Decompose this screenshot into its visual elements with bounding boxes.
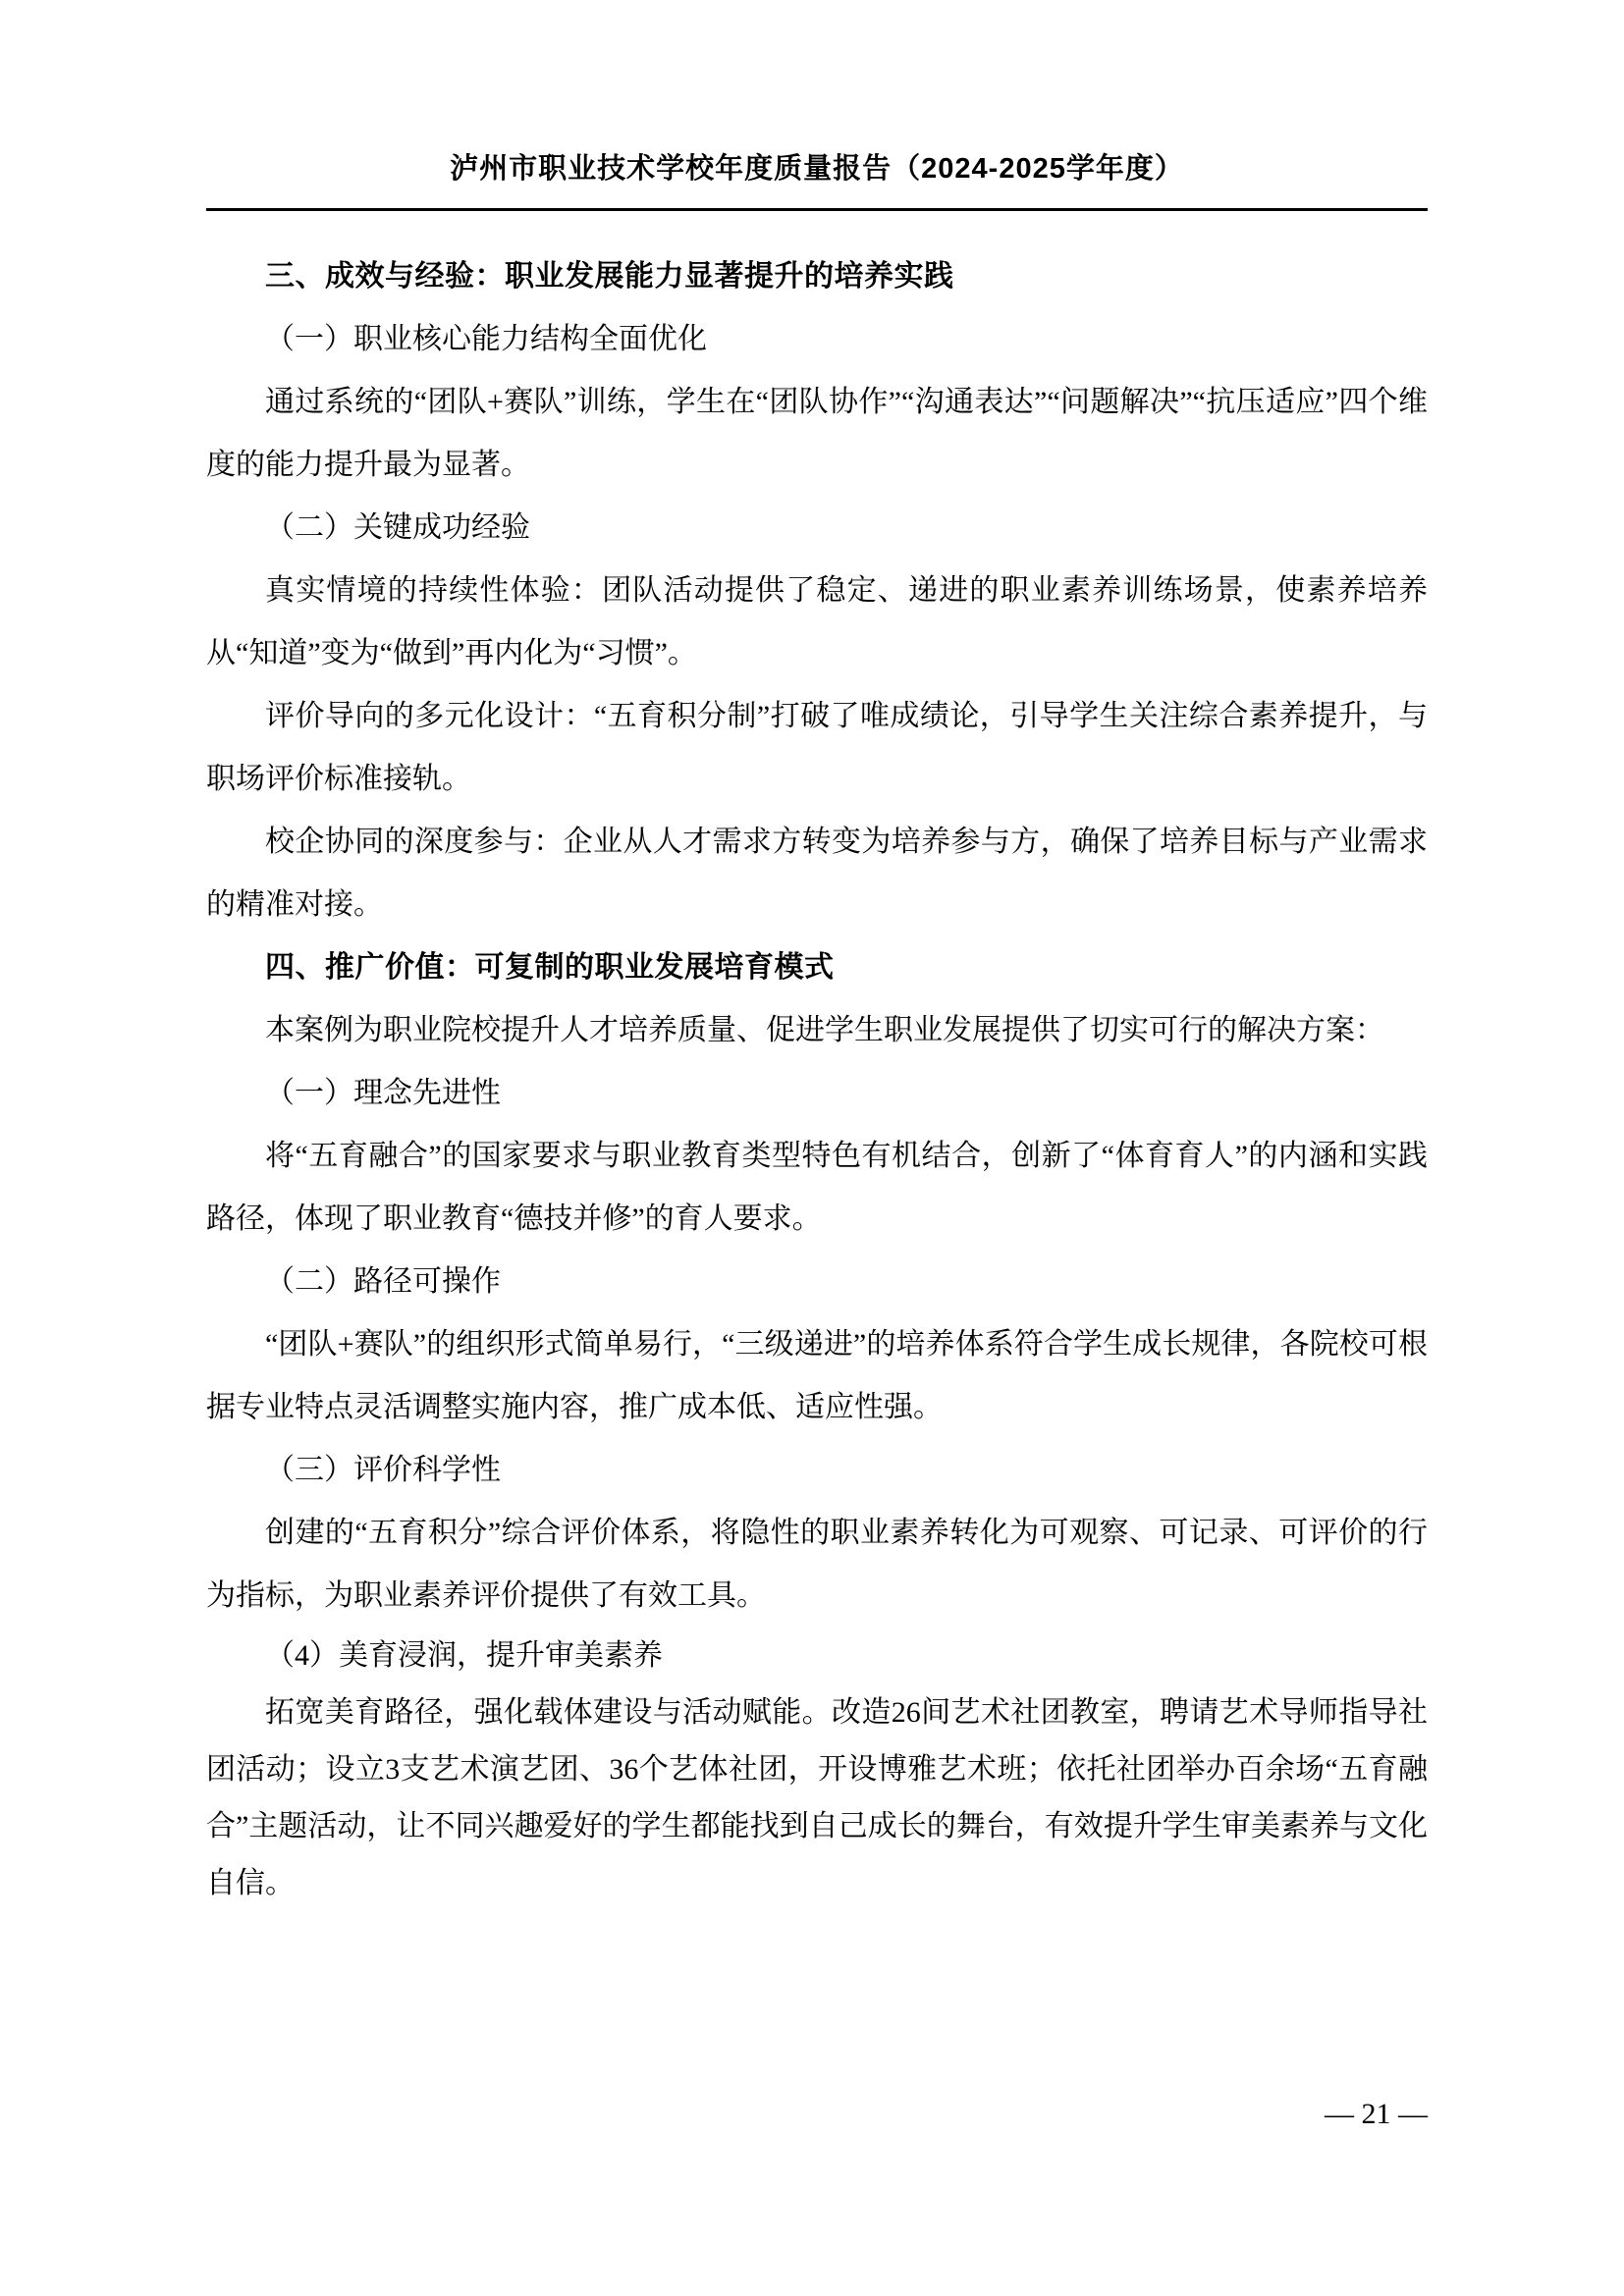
header-rule-divider <box>206 208 1428 211</box>
section-heading: 三、成效与经验：职业发展能力显著提升的培养实践 <box>206 245 1428 308</box>
paragraph: 真实情境的持续性体验：团队活动提供了稳定、递进的职业素养训练场景，使素养培养从“… <box>206 560 1428 685</box>
document-page: 泸州市职业技术学校年度质量报告（2024-2025学年度） 三、成效与经验：职业… <box>0 0 1624 2296</box>
paragraph: 将“五育融合”的国家要求与职业教育类型特色有机结合，创新了“体育育人”的内涵和实… <box>206 1125 1428 1251</box>
page-number: — 21 — <box>1325 2098 1428 2130</box>
page-header-title: 泸州市职业技术学校年度质量报告（2024-2025学年度） <box>206 149 1428 188</box>
page-footer: — 21 — <box>206 2097 1428 2132</box>
section-heading: 四、推广价值：可复制的职业发展培育模式 <box>206 936 1428 999</box>
sub-heading: （一）理念先进性 <box>206 1062 1428 1125</box>
sub-heading: （二）路径可操作 <box>206 1251 1428 1313</box>
paragraph: 通过系统的“团队+赛队”训练，学生在“团队协作”“沟通表达”“问题解决”“抗压适… <box>206 371 1428 497</box>
paragraph: 校企协同的深度参与：企业从人才需求方转变为培养参与方，确保了培养目标与产业需求的… <box>206 811 1428 936</box>
paragraph: “团队+赛队”的组织形式简单易行，“三级递进”的培养体系符合学生成长规律，各院校… <box>206 1313 1428 1439</box>
sub-heading: （三）评价科学性 <box>206 1439 1428 1502</box>
sub-heading: （一）职业核心能力结构全面优化 <box>206 308 1428 371</box>
sub-heading: （4）美育浸润，提升审美素养 <box>206 1628 1428 1684</box>
paragraph: 拓宽美育路径，强化载体建设与活动赋能。改造26间艺术社团教室，聘请艺术导师指导社… <box>206 1684 1428 1912</box>
paragraph: 评价导向的多元化设计：“五育积分制”打破了唯成绩论，引导学生关注综合素养提升，与… <box>206 685 1428 811</box>
sub-heading: （二）关键成功经验 <box>206 497 1428 560</box>
document-body: 三、成效与经验：职业发展能力显著提升的培养实践（一）职业核心能力结构全面优化通过… <box>206 245 1428 1912</box>
paragraph: 本案例为职业院校提升人才培养质量、促进学生职业发展提供了切实可行的解决方案： <box>206 999 1428 1062</box>
page-header: 泸州市职业技术学校年度质量报告（2024-2025学年度） <box>206 149 1428 211</box>
paragraph: 创建的“五育积分”综合评价体系，将隐性的职业素养转化为可观察、可记录、可评价的行… <box>206 1502 1428 1628</box>
